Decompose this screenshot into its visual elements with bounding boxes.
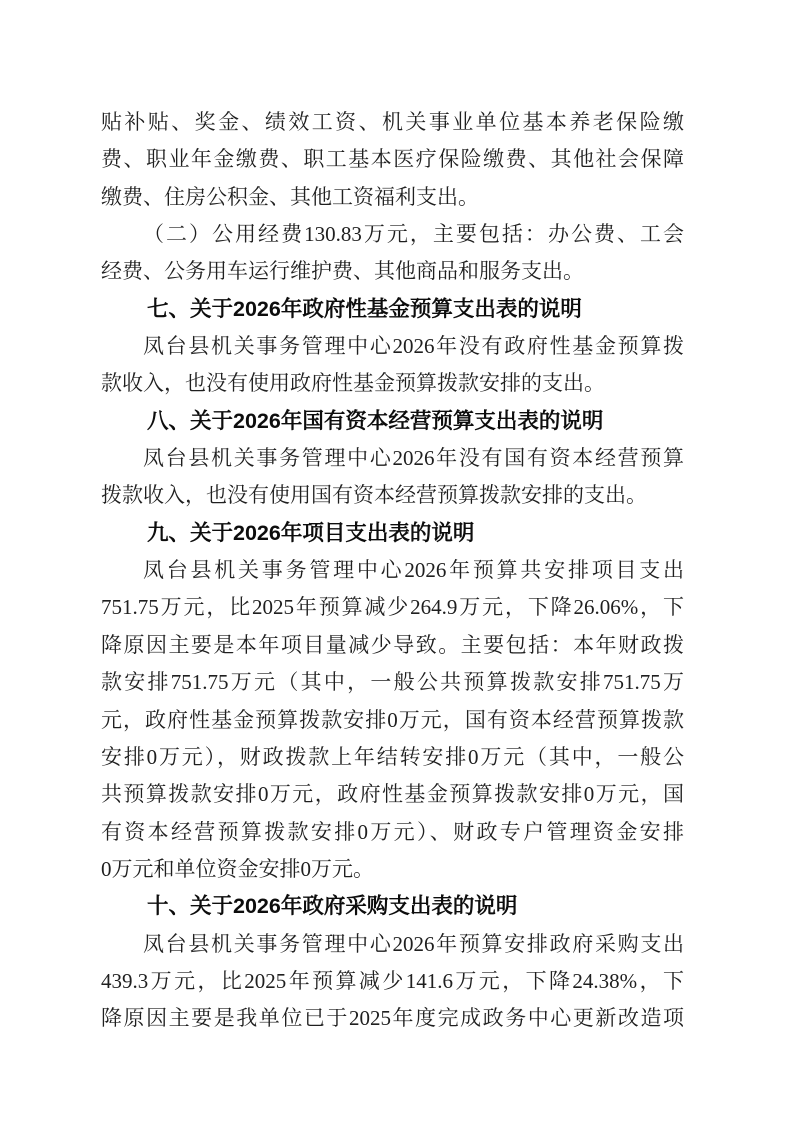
- text-line: 439.3万元，比2025年预算减少141.6万元，下降24.38%，下: [101, 963, 684, 1000]
- text-line: 共预算拨款安排0万元，政府性基金预算拨款安排0万元，国: [101, 776, 684, 813]
- text-line: （二）公用经费130.83万元，主要包括：办公费、工会: [101, 216, 684, 253]
- document-page: 贴补贴、奖金、绩效工资、机关事业单位基本养老保险缴费、职业年金缴费、职工基本医疗…: [0, 0, 793, 1122]
- text-line: 元，政府性基金预算拨款安排0万元，国有资本经营预算拨款: [101, 702, 684, 739]
- text-line: 0万元和单位资金安排0万元。: [101, 851, 684, 888]
- text-line: 有资本经营预算拨款安排0万元）、财政专户管理资金安排: [101, 814, 684, 851]
- text-line: 凤台县机关事务管理中心2026年没有国有资本经营预算: [101, 440, 684, 477]
- text-line: 凤台县机关事务管理中心2026年没有政府性基金预算拨: [101, 328, 684, 365]
- section-heading-7-government-fund-budget: 七、关于2026年政府性基金预算支出表的说明: [101, 291, 684, 328]
- text-line: 安排0万元），财政拨款上年结转安排0万元（其中，一般公: [101, 739, 684, 776]
- page-body-text: 贴补贴、奖金、绩效工资、机关事业单位基本养老保险缴费、职业年金缴费、职工基本医疗…: [101, 104, 684, 1038]
- text-line: 751.75万元，比2025年预算减少264.9万元，下降26.06%，下: [101, 589, 684, 626]
- section-heading-10-government-procurement: 十、关于2026年政府采购支出表的说明: [101, 888, 684, 925]
- text-line: 凤台县机关事务管理中心2026年预算共安排项目支出: [101, 552, 684, 589]
- text-line: 经费、公务用车运行维护费、其他商品和服务支出。: [101, 253, 684, 290]
- text-line: 缴费、住房公积金、其他工资福利支出。: [101, 179, 684, 216]
- text-line: 降原因主要是我单位已于2025年度完成政务中心更新改造项: [101, 1000, 684, 1037]
- text-line: 费、职业年金缴费、职工基本医疗保险缴费、其他社会保障: [101, 141, 684, 178]
- text-line: 款安排751.75万元（其中，一般公共预算拨款安排751.75万: [101, 664, 684, 701]
- text-line: 贴补贴、奖金、绩效工资、机关事业单位基本养老保险缴: [101, 104, 684, 141]
- text-line: 拨款收入，也没有使用国有资本经营预算拨款安排的支出。: [101, 477, 684, 514]
- text-line: 凤台县机关事务管理中心2026年预算安排政府采购支出: [101, 926, 684, 963]
- text-line: 降原因主要是本年项目量减少导致。主要包括：本年财政拨: [101, 627, 684, 664]
- section-heading-8-state-capital-budget: 八、关于2026年国有资本经营预算支出表的说明: [101, 403, 684, 440]
- text-line: 款收入，也没有使用政府性基金预算拨款安排的支出。: [101, 365, 684, 402]
- section-heading-9-project-expenditure: 九、关于2026年项目支出表的说明: [101, 515, 684, 552]
